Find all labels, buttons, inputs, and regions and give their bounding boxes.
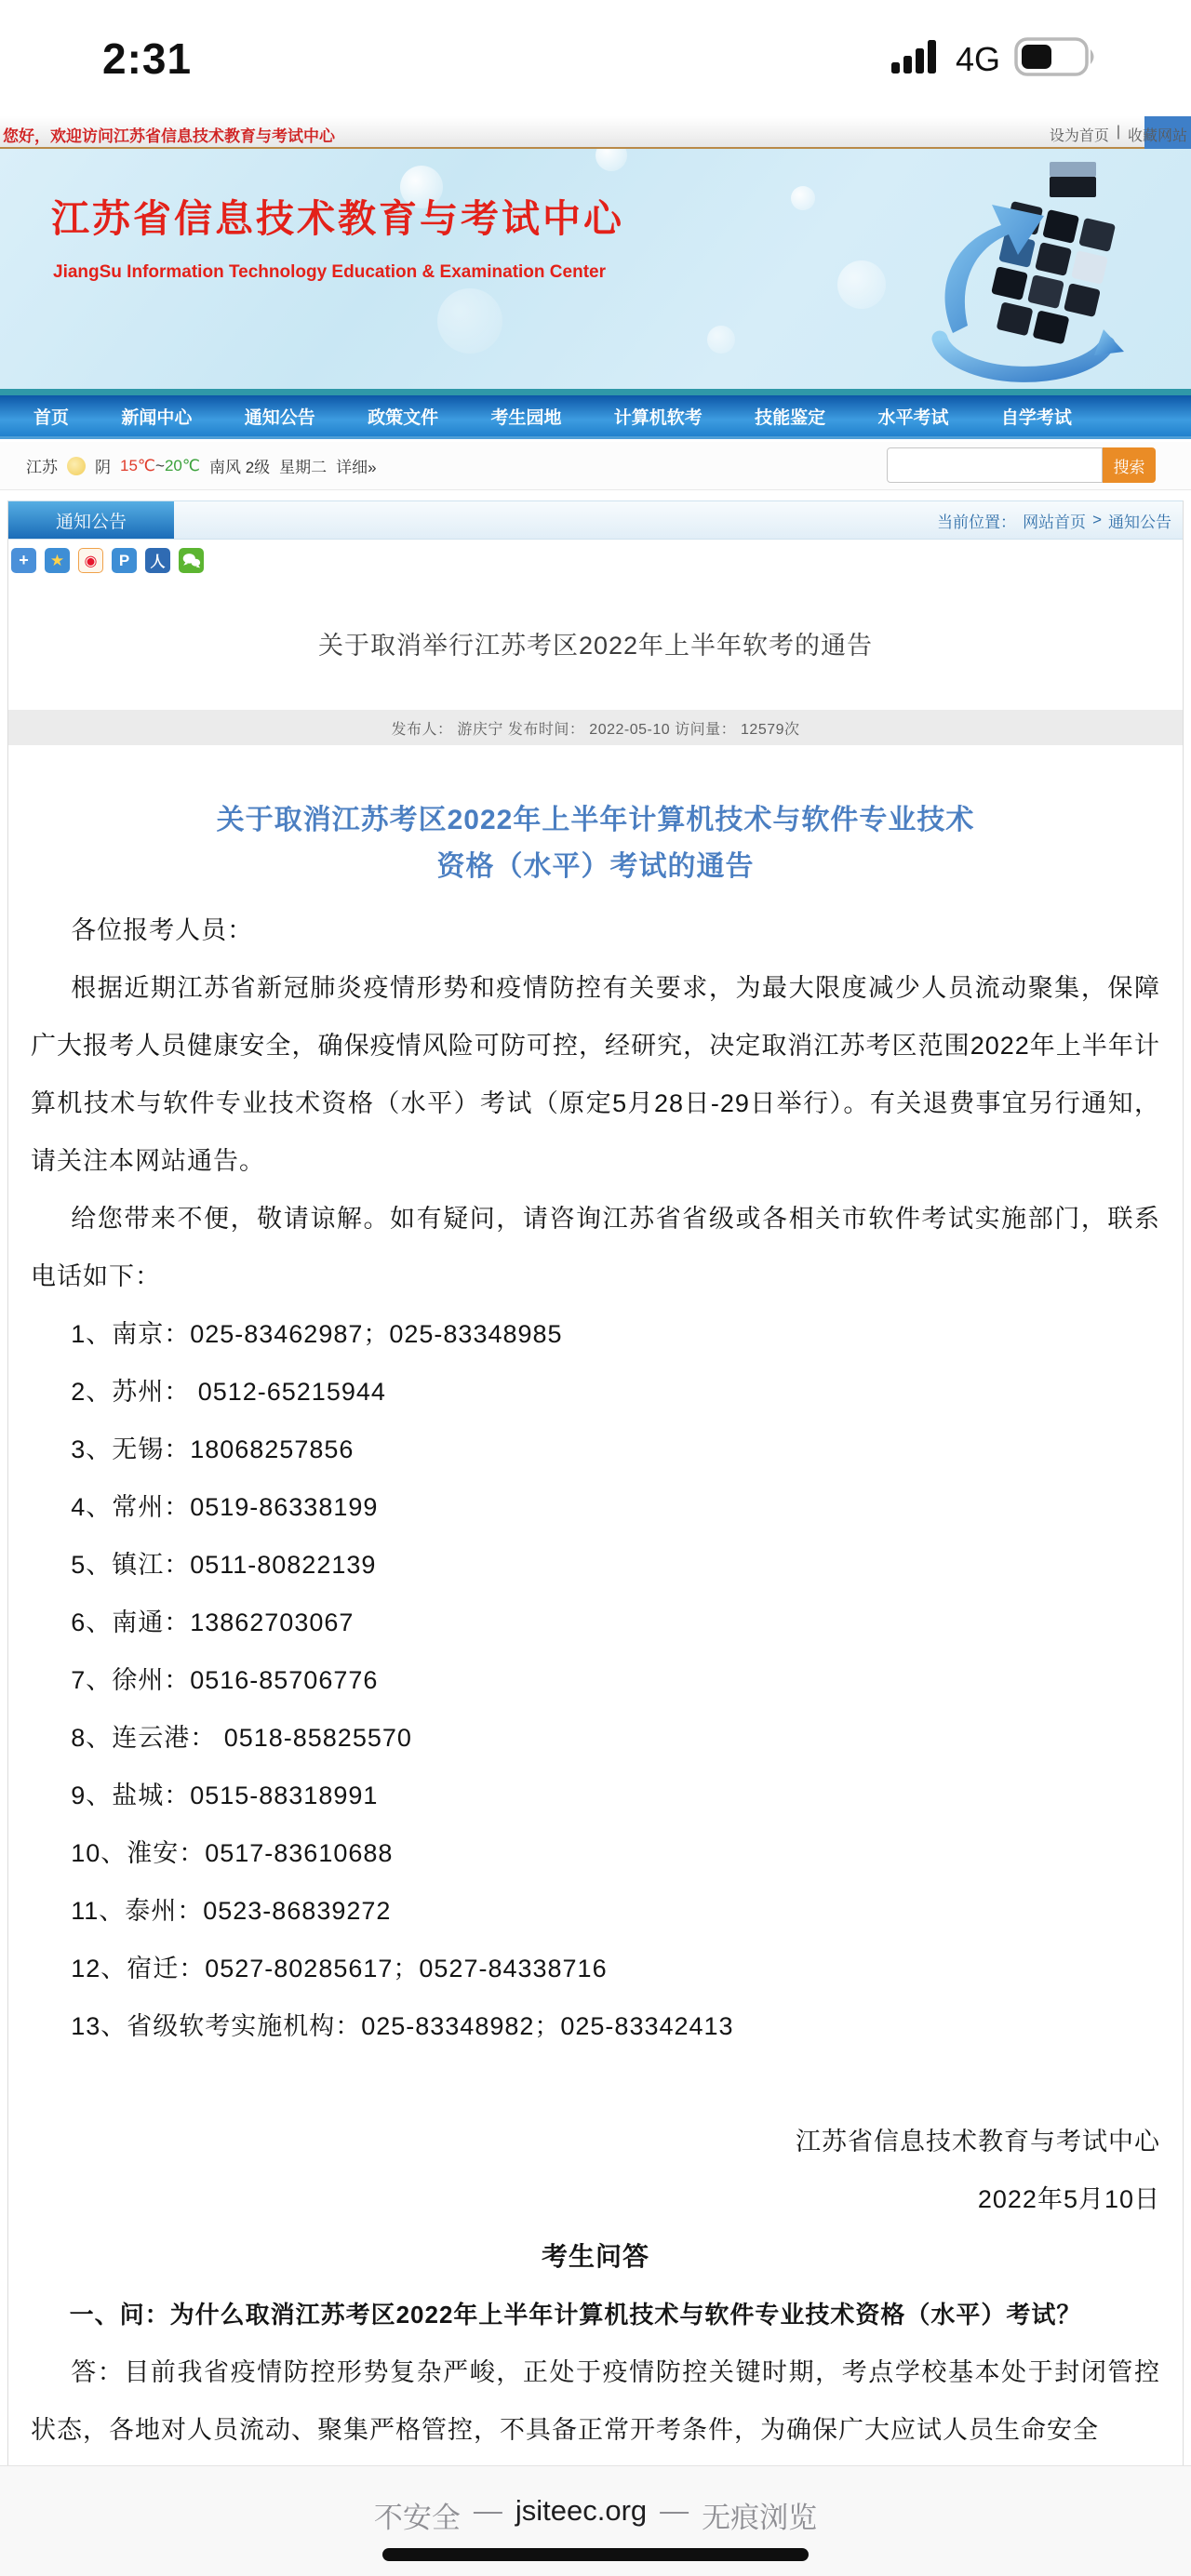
contact-line: 3、无锡：18068257856 <box>31 1421 1160 1478</box>
temp-high: 20℃ <box>165 457 200 475</box>
share-toolbar: + ★ ◉ P 人 <box>8 540 1183 573</box>
contact-line: 6、南通：13862703067 <box>31 1594 1160 1651</box>
banner-bubble <box>437 288 502 354</box>
nav-item[interactable]: 新闻中心 <box>121 404 192 429</box>
signature-date: 2022年5月10日 <box>31 2170 1160 2228</box>
security-label: 不安全 <box>374 2494 461 2536</box>
address-dash: — <box>660 2494 689 2536</box>
tencent-weibo-icon[interactable]: P <box>112 548 137 573</box>
address-dash: — <box>474 2494 502 2536</box>
search-button[interactable]: 搜索 <box>1103 447 1156 483</box>
temp-tilde: ~ <box>155 457 165 475</box>
contact-line: 11、泰州：0523-86839272 <box>31 1882 1160 1940</box>
teal-divider <box>0 389 1191 395</box>
breadcrumb-current-link[interactable]: 通知公告 <box>1108 509 1171 532</box>
article: 关于取消举行江苏考区2022年上半年软考的通告 发布人： 游庆宁 发布时间： 2… <box>8 625 1183 2496</box>
banner-bubble <box>791 186 815 210</box>
breadcrumb-label: 当前位置： <box>937 509 1016 532</box>
status-indicators: 4G <box>891 37 1096 81</box>
notice-heading-line2: 资格（水平）考试的通告 <box>8 844 1183 890</box>
welcome-text: 您好，欢迎访问江苏省信息技术教育与考试中心 <box>3 123 335 146</box>
contact-line: 9、盐城：0515-88318991 <box>31 1767 1160 1824</box>
breadcrumb-home-link[interactable]: 网站首页 <box>1023 509 1086 532</box>
nav-item[interactable]: 考生园地 <box>490 404 561 429</box>
qa-section-title: 考生问答 <box>31 2228 1160 2286</box>
article-title: 关于取消举行江苏考区2022年上半年软考的通告 <box>8 625 1183 661</box>
battery-icon <box>1014 37 1096 81</box>
status-time: 2:31 <box>102 33 192 84</box>
content-column: 通知公告 当前位置： 网站首页 > 通知公告 + ★ ◉ P 人 关于取消举行江… <box>7 501 1184 2473</box>
welcome-bar: 您好，欢迎访问江苏省信息技术教育与考试中心 设为首页 | 收藏网站 <box>0 116 1191 149</box>
site-subtitle-en: JiangSu Information Technology Education… <box>53 262 606 283</box>
nav-item[interactable]: 通知公告 <box>245 404 315 429</box>
contact-line: 12、宿迁：0527-80285617；0527-84338716 <box>31 1940 1160 1997</box>
search-input[interactable] <box>887 447 1103 483</box>
wechat-icon[interactable] <box>179 548 204 573</box>
weather-region: 江苏 <box>26 454 58 477</box>
site-logo-icon <box>904 156 1137 389</box>
status-bar: 2:31 4G <box>0 0 1191 116</box>
weibo-icon[interactable]: ◉ <box>78 548 103 573</box>
weather-bar: 江苏 阴 15℃ ~ 20℃ 南风 2级 星期二 详细» 搜索 <box>0 442 1191 490</box>
qzone-icon[interactable]: ★ <box>45 548 70 573</box>
private-mode-label: 无痕浏览 <box>702 2494 817 2536</box>
nav-item[interactable]: 自学考试 <box>1001 404 1072 429</box>
site-title: 江苏省信息技术教育与考试中心 <box>51 188 624 243</box>
salutation: 各位报考人员： <box>31 901 1160 959</box>
contact-line: 5、镇江：0511-80822139 <box>31 1536 1160 1594</box>
banner-bubble <box>837 260 886 309</box>
contact-line: 4、常州：0519-86338199 <box>31 1478 1160 1536</box>
share-plus-icon[interactable]: + <box>11 548 36 573</box>
address-domain[interactable]: jsiteec.org <box>515 2494 647 2536</box>
contact-line: 7、徐州：0516-85706776 <box>31 1651 1160 1709</box>
contact-line: 13、省级软考实施机构：025-83348982；025-83342413 <box>31 1997 1160 2055</box>
network-type-label: 4G <box>956 40 1000 79</box>
temp-low: 15℃ <box>120 457 155 475</box>
contact-line: 2、苏州： 0512-65215944 <box>31 1363 1160 1421</box>
contact-line: 10、淮安：0517-83610688 <box>31 1824 1160 1882</box>
contact-line: 1、南京：025-83462987；025-83348985 <box>31 1305 1160 1363</box>
weather-day: 星期二 <box>279 454 327 477</box>
nav-item[interactable]: 水平考试 <box>878 404 949 429</box>
site-banner: 江苏省信息技术教育与考试中心 JiangSu Information Techn… <box>0 149 1191 389</box>
breadcrumb-separator: > <box>1092 511 1102 529</box>
notice-heading: 关于取消江苏考区2022年上半年计算机技术与软件专业技术 资格（水平）考试的通告 <box>8 797 1183 890</box>
contact-list: 1、南京：025-83462987；025-833489852、苏州： 0512… <box>31 1305 1160 2055</box>
notice-heading-line1: 关于取消江苏考区2022年上半年计算机技术与软件专业技术 <box>8 797 1183 844</box>
contact-line: 8、连云港： 0518-85825570 <box>31 1709 1160 1767</box>
main-nav: 首页新闻中心通知公告政策文件考生园地计算机软考技能鉴定水平考试自学考试 <box>0 395 1191 439</box>
weather-wind: 南风 2级 <box>209 454 270 477</box>
signature-org: 江苏省信息技术教育与考试中心 <box>31 2113 1160 2170</box>
qa-answer-1: 答：目前我省疫情防控形势复杂严峻，正处于疫情防控关键时期，考点学校基本处于封闭管… <box>31 2343 1160 2459</box>
paragraph: 给您带来不便，敬请谅解。如有疑问，请咨询江苏省省级或各相关市软件考试实施部门，联… <box>31 1190 1160 1305</box>
article-body: 各位报考人员： 根据近期江苏省新冠肺炎疫情形势和疫情防控有关要求，为最大限度减少… <box>8 901 1183 2459</box>
qa-question-1: 一、问：为什么取消江苏考区2022年上半年计算机技术与软件专业技术资格（水平）考… <box>31 2286 1160 2343</box>
banner-bubble <box>595 149 627 171</box>
nav-item[interactable]: 计算机软考 <box>614 404 703 429</box>
breadcrumb-bar: 通知公告 当前位置： 网站首页 > 通知公告 <box>8 501 1183 540</box>
set-home-link[interactable]: 设为首页 <box>1050 124 1109 145</box>
breadcrumb: 当前位置： 网站首页 > 通知公告 <box>937 501 1171 539</box>
banner-bubble <box>707 326 735 354</box>
article-meta: 发布人： 游庆宁 发布时间： 2022-05-10 访问量： 12579次 <box>8 710 1183 745</box>
weather-condition-icon <box>67 457 86 475</box>
browser-address-bar: 不安全 — jsiteec.org — 无痕浏览 <box>0 2465 1191 2576</box>
signal-strength-icon <box>891 39 942 79</box>
weather-condition: 阴 <box>95 454 111 477</box>
home-indicator[interactable] <box>382 2548 809 2561</box>
weather-detail-link[interactable]: 详细» <box>336 454 376 477</box>
favorite-link[interactable]: 收藏网站 <box>1128 124 1187 145</box>
nav-item[interactable]: 技能鉴定 <box>755 404 825 429</box>
nav-item[interactable]: 首页 <box>33 404 69 429</box>
nav-item[interactable]: 政策文件 <box>368 404 438 429</box>
renren-icon[interactable]: 人 <box>145 548 170 573</box>
paragraph: 根据近期江苏省新冠肺炎疫情形势和疫情防控有关要求，为最大限度减少人员流动聚集，保… <box>31 959 1160 1190</box>
link-divider: | <box>1117 124 1120 145</box>
section-tab-notices[interactable]: 通知公告 <box>8 501 174 539</box>
